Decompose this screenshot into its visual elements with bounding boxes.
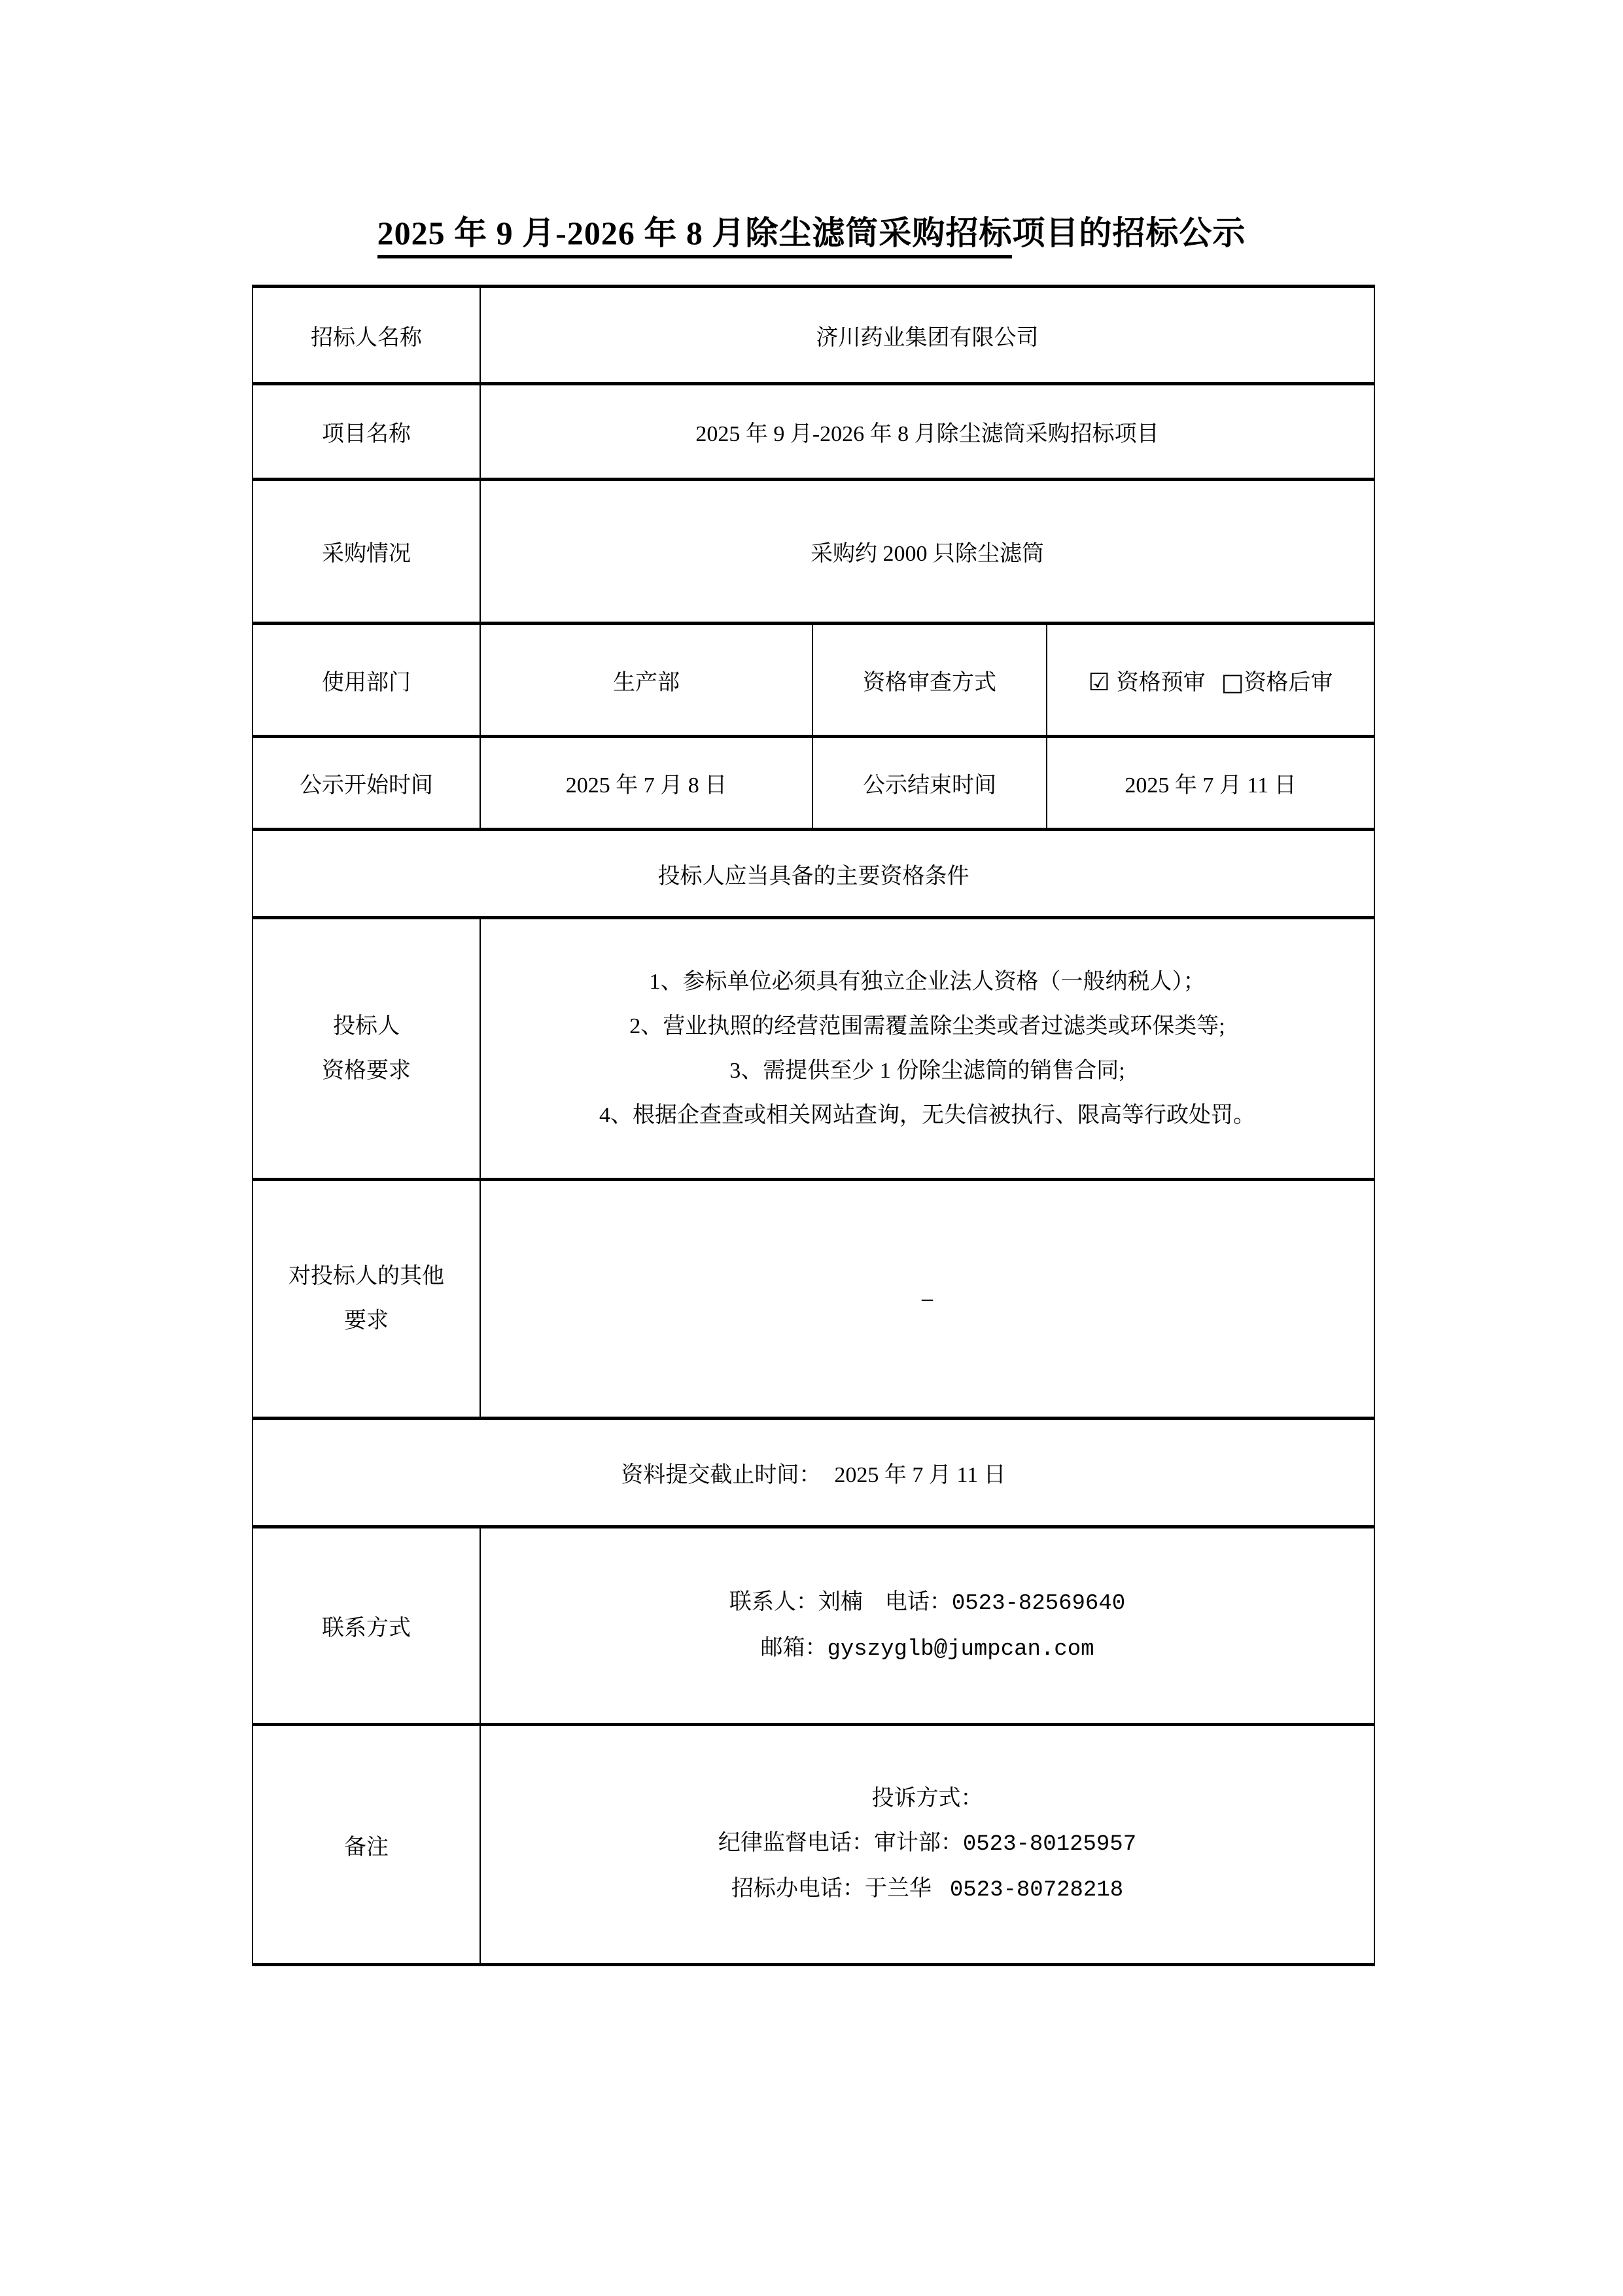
row-other-requirements: 对投标人的其他 要求 – [253, 1180, 1374, 1419]
discipline-phone-number: 0523-80125957 [963, 1832, 1136, 1857]
bidder-name-label: 招标人名称 [253, 287, 480, 384]
qualification-method-value: ☑资格预审□资格后审 [1047, 624, 1374, 737]
qualification-item: 2、营业执照的经营范围需覆盖除尘类或者过滤类或环保类等; [481, 1004, 1374, 1049]
row-department-qualification: 使用部门 生产部 资格审查方式 ☑资格预审□资格后审 [253, 624, 1374, 737]
row-project-name: 项目名称 2025 年 9 月-2026 年 8 月除尘滤筒采购招标项目 [253, 384, 1374, 480]
contact-phone-label: 电话： [885, 1590, 952, 1614]
discipline-phone-label: 纪律监督电话：审计部： [718, 1831, 963, 1855]
other-requirements-value: – [480, 1180, 1374, 1419]
row-procurement: 采购情况 采购约 2000 只除尘滤筒 [253, 480, 1374, 624]
contact-person-name: 刘楠 [818, 1590, 863, 1614]
page-title: 2025 年 9 月-2026 年 8 月除尘滤筒采购招标项目的招标公示 [0, 215, 1623, 253]
qualification-method-label: 资格审查方式 [812, 624, 1047, 737]
remarks-details: 投诉方式： 纪律监督电话：审计部：0523-80125957 招标办电话：于兰华… [480, 1725, 1374, 1965]
qualification-item: 4、根据企查查或相关网站查询，无失信被执行、限高等行政处罚。 [481, 1093, 1374, 1138]
row-contact: 联系方式 联系人：刘楠电话：0523-82569640 邮箱：gyszyglb@… [253, 1527, 1374, 1725]
other-requirements-label: 对投标人的其他 要求 [253, 1180, 480, 1419]
title-rest-text: 项目的招标公示 [1012, 215, 1246, 251]
bidder-name-value: 济川药业集团有限公司 [480, 287, 1374, 384]
department-label: 使用部门 [253, 624, 480, 737]
publicity-end-label: 公示结束时间 [812, 737, 1047, 830]
document-page: 2025 年 9 月-2026 年 8 月除尘滤筒采购招标项目的招标公示 招标人… [0, 0, 1623, 2296]
row-bidder-qualification: 投标人 资格要求 1、参标单位必须具有独立企业法人资格（一般纳税人）； 2、营业… [253, 918, 1374, 1180]
remarks-label: 备注 [253, 1725, 480, 1965]
contact-details: 联系人：刘楠电话：0523-82569640 邮箱：gyszyglb@jumpc… [480, 1527, 1374, 1725]
tender-office-phone-number: 0523-80728218 [950, 1878, 1123, 1903]
publicity-end-value: 2025 年 7 月 11 日 [1047, 737, 1374, 830]
row-remarks: 备注 投诉方式： 纪律监督电话：审计部：0523-80125957 招标办电话：… [253, 1725, 1374, 1965]
contact-email-label: 邮箱： [760, 1636, 827, 1660]
remarks-tender-office-line: 招标办电话：于兰华0523-80728218 [481, 1867, 1374, 1913]
row-qualification-section-header: 投标人应当具备的主要资格条件 [253, 830, 1374, 918]
procurement-value: 采购约 2000 只除尘滤筒 [480, 480, 1374, 624]
prequalification-option-label: 资格预审 [1117, 671, 1206, 695]
contact-phone-number: 0523-82569640 [952, 1591, 1125, 1616]
procurement-label: 采购情况 [253, 480, 480, 624]
tender-office-phone-label: 招标办电话：于兰华 [731, 1877, 932, 1901]
bidder-qualification-label: 投标人 资格要求 [253, 918, 480, 1180]
contact-label: 联系方式 [253, 1527, 480, 1725]
submission-deadline-cell: 资料提交截止时间：2025 年 7 月 11 日 [253, 1419, 1374, 1527]
tender-announcement-table: 招标人名称 济川药业集团有限公司 项目名称 2025 年 9 月-2026 年 … [252, 285, 1375, 1966]
postqualification-option-label: 资格后审 [1244, 671, 1333, 695]
bidder-qualification-label-line2: 资格要求 [253, 1049, 480, 1093]
publicity-start-label: 公示开始时间 [253, 737, 480, 830]
bidder-qualification-label-line1: 投标人 [253, 1004, 480, 1049]
checked-checkbox-icon: ☑ [1088, 668, 1109, 696]
row-bidder-name: 招标人名称 济川药业集团有限公司 [253, 287, 1374, 384]
department-value: 生产部 [480, 624, 812, 737]
unchecked-checkbox-icon: □ [1221, 668, 1244, 696]
submission-deadline-value: 2025 年 7 月 11 日 [834, 1463, 1005, 1487]
qualification-item: 3、需提供至少 1 份除尘滤筒的销售合同; [481, 1049, 1374, 1093]
contact-email-address: gyszyglb@jumpcan.com [827, 1637, 1094, 1662]
other-requirements-label-line2: 要求 [253, 1299, 480, 1343]
remarks-complaint-header: 投诉方式： [481, 1776, 1374, 1821]
remarks-discipline-line: 纪律监督电话：审计部：0523-80125957 [481, 1821, 1374, 1867]
publicity-start-value: 2025 年 7 月 8 日 [480, 737, 812, 830]
row-submission-deadline: 资料提交截止时间：2025 年 7 月 11 日 [253, 1419, 1374, 1527]
title-underlined-text: 2025 年 9 月-2026 年 8 月除尘滤筒采购招标 [377, 215, 1013, 258]
contact-person-label: 联系人： [729, 1590, 818, 1614]
bidder-qualification-items: 1、参标单位必须具有独立企业法人资格（一般纳税人）； 2、营业执照的经营范围需覆… [480, 918, 1374, 1180]
other-requirements-label-line1: 对投标人的其他 [253, 1254, 480, 1299]
contact-line-person-phone: 联系人：刘楠电话：0523-82569640 [481, 1580, 1374, 1626]
contact-line-email: 邮箱：gyszyglb@jumpcan.com [481, 1626, 1374, 1672]
qualification-section-header: 投标人应当具备的主要资格条件 [253, 830, 1374, 918]
submission-deadline-label: 资料提交截止时间： [621, 1463, 821, 1487]
row-publicity-period: 公示开始时间 2025 年 7 月 8 日 公示结束时间 2025 年 7 月 … [253, 737, 1374, 830]
qualification-item: 1、参标单位必须具有独立企业法人资格（一般纳税人）； [481, 960, 1374, 1004]
project-name-label: 项目名称 [253, 384, 480, 480]
project-name-value: 2025 年 9 月-2026 年 8 月除尘滤筒采购招标项目 [480, 384, 1374, 480]
